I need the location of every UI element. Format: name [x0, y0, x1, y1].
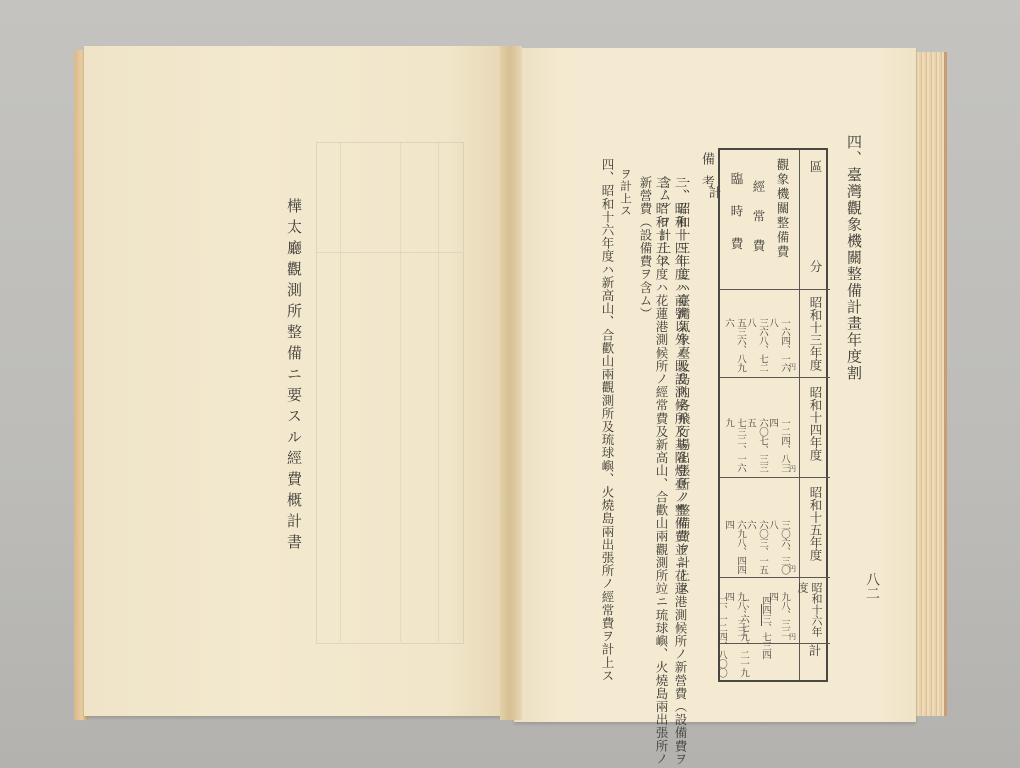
division-label: 區 [807, 160, 823, 173]
show-through-table [316, 142, 464, 644]
total-value: 七三二、一六九 [722, 418, 746, 477]
year-cell: 昭和十四年度 [799, 378, 830, 478]
table-row: 昭和十四年度 一二四、八三四 六〇七、三三五 七三二、一六九 円 [720, 378, 830, 478]
show-through-line [340, 142, 341, 642]
show-through-line [400, 142, 401, 642]
recurring-value: 一六四、一六八 [766, 318, 790, 377]
year-label: 昭和十五年度 [807, 486, 823, 561]
year-label: 昭和十六年度 [795, 582, 823, 644]
yen-unit: 円 [789, 362, 796, 372]
year-header-cell: 區 分 [799, 150, 830, 290]
recurring-value: 一二四、八三四 [766, 418, 790, 477]
total-value: 五三六、八九六 [722, 318, 746, 377]
year-cell: 昭和十三年度 [799, 290, 830, 378]
recurring-value: 三〇六、三〇八 [766, 520, 790, 577]
note-item: 四、昭和十六年度ハ新高山、合歡山兩觀測所及琉球嶼、火燒島兩出張所ノ經常費ヲ計上ス [599, 158, 615, 682]
temporary-value: 六〇七、三三五 [744, 418, 768, 477]
grand-temporary-value: 一、六七九、二一九 [737, 596, 749, 677]
yen-unit: 円 [789, 464, 796, 474]
show-through-line [438, 142, 439, 642]
table-row: 昭和十三年度 一六四、一六八 三六八、七二八 五三六、八九六 円 [720, 290, 830, 378]
grand-recurring-value: 四四三、七三四 [759, 596, 771, 659]
temporary-value: 三六八、七二八 [744, 318, 768, 377]
open-book: 樺太廳觀測所整備ニ要スル經費概計書 四、臺灣觀象機關整備計畫年度割 區 分 觀象… [0, 0, 1020, 768]
yen-unit: 円 [789, 632, 796, 642]
total-value: 六九八、四四四 [722, 520, 746, 577]
year-label: 昭和十三年度 [807, 296, 823, 371]
left-page-title: 樺太廳觀測所整備ニ要スル經費概計書 [284, 198, 304, 555]
year-cell: 昭和十六年度 [799, 578, 830, 644]
notes-heading: 備考 [697, 152, 716, 198]
division-label-2: 分 [807, 260, 823, 273]
page-number: 八二 [862, 572, 882, 600]
section-heading: 四、臺灣觀象機關整備計畫年度割 [844, 134, 864, 382]
temporary-value: 六〇三、一五六 [744, 520, 768, 577]
grand-total-value: 二、一二四、八〇〇 [715, 596, 727, 677]
total-label: 計 [806, 644, 822, 657]
category-label: 觀象機關整備費 [774, 158, 790, 260]
book-gutter [500, 46, 522, 720]
year-label: 昭和十四年度 [807, 386, 823, 461]
table-header-row: 區 分 觀象機關整備費 經常費 臨時費 計 [720, 150, 830, 290]
budget-table: 區 分 觀象機關整備費 經常費 臨時費 計 昭和十三年度 一六四、一六八 三六八… [718, 148, 828, 682]
recurring-label: 經常費 [750, 180, 766, 269]
note-item: ヲ計上ス [618, 168, 634, 216]
temporary-label: 臨時費 [728, 172, 744, 270]
table-row: 昭和十五年度 三〇六、三〇八 六〇三、一五六 六九八、四四四 円 [720, 478, 830, 578]
show-through-line [316, 252, 462, 253]
note-item: 三、昭和十五年度ハ花蓮港測候所ノ經常費及新高山、合歡山兩觀測所竝ニ琉球嶼、火燒島… [637, 176, 669, 768]
year-cell: 昭和十五年度 [799, 478, 830, 578]
page-stack-edges [914, 52, 947, 716]
yen-unit: 円 [789, 564, 796, 574]
year-cell: 計 [799, 644, 830, 680]
